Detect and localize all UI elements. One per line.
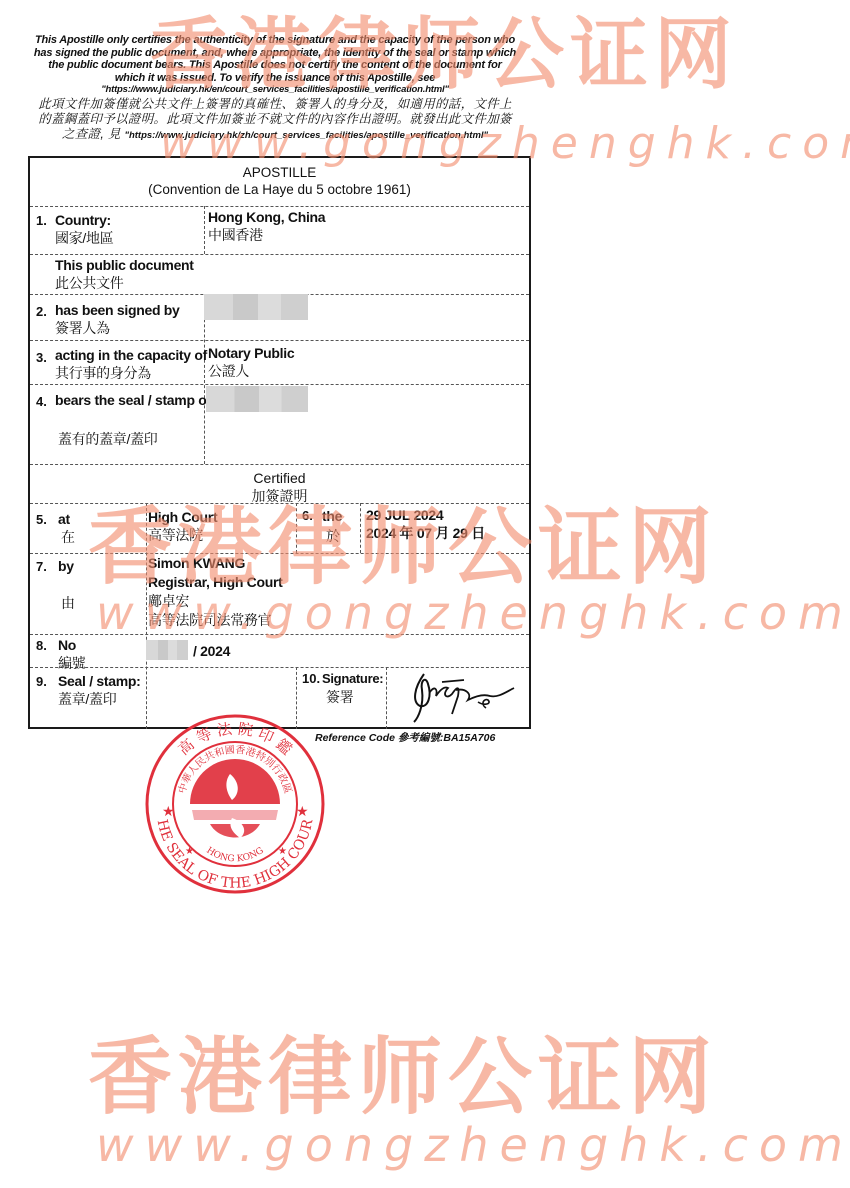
by-label-zh: 由 (61, 594, 75, 612)
divider (386, 667, 387, 729)
capacity-value: Notary Public 公證人 (208, 344, 294, 380)
capacity-value-zh: 公證人 (208, 362, 294, 380)
field-number: 1. (36, 213, 47, 228)
public-document-label-zh: 此公共文件 (55, 274, 194, 292)
redacted-signer-name (204, 294, 308, 320)
field-number: 4. (36, 394, 47, 409)
apostille-certificate: APOSTILLE (Convention de La Haye du 5 oc… (28, 156, 531, 729)
field-number: 7. (36, 559, 47, 574)
svg-text:★: ★ (162, 803, 175, 819)
seal-stamp-label-en: Seal / stamp: (58, 672, 140, 690)
capacity-label-en: acting in the capacity of (55, 346, 207, 364)
watermark-zh-middle: 香港律师公证网 (88, 480, 718, 601)
seal-of-label-zh: 蓋有的蓋章/蓋印 (58, 430, 158, 448)
field-number: 9. (36, 674, 47, 689)
watermark-zh-top: 香港律师公证网 (150, 0, 738, 104)
redacted-seal-owner (206, 386, 308, 412)
watermark-en-top: www.gongzhenghk.com (160, 118, 850, 169)
by-label-en: by (58, 557, 74, 575)
redacted-apostille-number (146, 640, 188, 660)
divider (30, 254, 529, 255)
watermark-en-middle: www.gongzhenghk.com (96, 586, 850, 640)
divider (30, 384, 529, 385)
public-document-label-en: This public document (55, 256, 194, 274)
signed-by-label-en: has been signed by (55, 301, 180, 319)
watermark-en-bottom: www.gongzhenghk.com (96, 1118, 850, 1172)
signed-by-label: has been signed by 簽署人為 (55, 301, 180, 337)
divider (30, 206, 529, 207)
signature-label-en: Signature: (322, 670, 383, 688)
seal-stamp-label-zh: 蓋章/蓋印 (58, 690, 140, 708)
country-value: Hong Kong, China 中國香港 (208, 208, 325, 244)
certificate-subtitle: (Convention de La Haye du 5 octobre 1961… (30, 181, 529, 198)
certificate-header: APOSTILLE (Convention de La Haye du 5 oc… (30, 164, 529, 198)
field-number: 2. (36, 304, 47, 319)
at-label-en: at (58, 510, 70, 528)
handwritten-signature (402, 666, 522, 726)
capacity-label: acting in the capacity of 其行事的身分為 (55, 346, 207, 382)
seal-of-label-en: bears the seal / stamp of (55, 391, 211, 409)
watermark-zh-bottom: 香港律师公证网 (88, 1010, 718, 1131)
capacity-label-zh: 其行事的身分為 (55, 364, 207, 382)
capacity-value-en: Notary Public (208, 344, 294, 362)
country-label-en: Country: (55, 211, 113, 229)
high-court-seal: 高 等 法 院 印 鑑 中華人民共和國香港特別行政區 THE SEAL OF T… (140, 712, 330, 897)
country-value-zh: 中國香港 (208, 226, 325, 244)
svg-text:★: ★ (296, 803, 309, 819)
svg-text:★: ★ (278, 846, 287, 857)
number-label-en: No (58, 636, 85, 654)
reference-code: Reference Code 參考編號:BA15A706 (315, 730, 495, 745)
seal-stamp-label: Seal / stamp: 蓋章/蓋印 (58, 672, 140, 708)
divider (30, 464, 529, 465)
field-number: 8. (36, 638, 47, 653)
public-document-label: This public document 此公共文件 (55, 256, 194, 292)
number-label: No 編號 (58, 636, 85, 672)
number-year: / 2024 (193, 642, 230, 660)
country-label-zh: 國家/地區 (55, 229, 113, 247)
at-label-zh: 在 (61, 528, 75, 546)
country-label: Country: 國家/地區 (55, 211, 113, 247)
field-number: 10. (302, 671, 320, 686)
field-number: 5. (36, 512, 47, 527)
signature-label-zh: 簽署 (326, 688, 353, 706)
divider (30, 340, 529, 341)
notice-zh-prefix: 之查證, 見 (62, 127, 121, 141)
signed-by-label-zh: 簽署人為 (55, 319, 180, 337)
country-value-en: Hong Kong, China (208, 208, 325, 226)
svg-text:★: ★ (185, 846, 194, 857)
number-label-zh: 編號 (58, 654, 85, 672)
field-number: 3. (36, 350, 47, 365)
divider (204, 206, 205, 254)
